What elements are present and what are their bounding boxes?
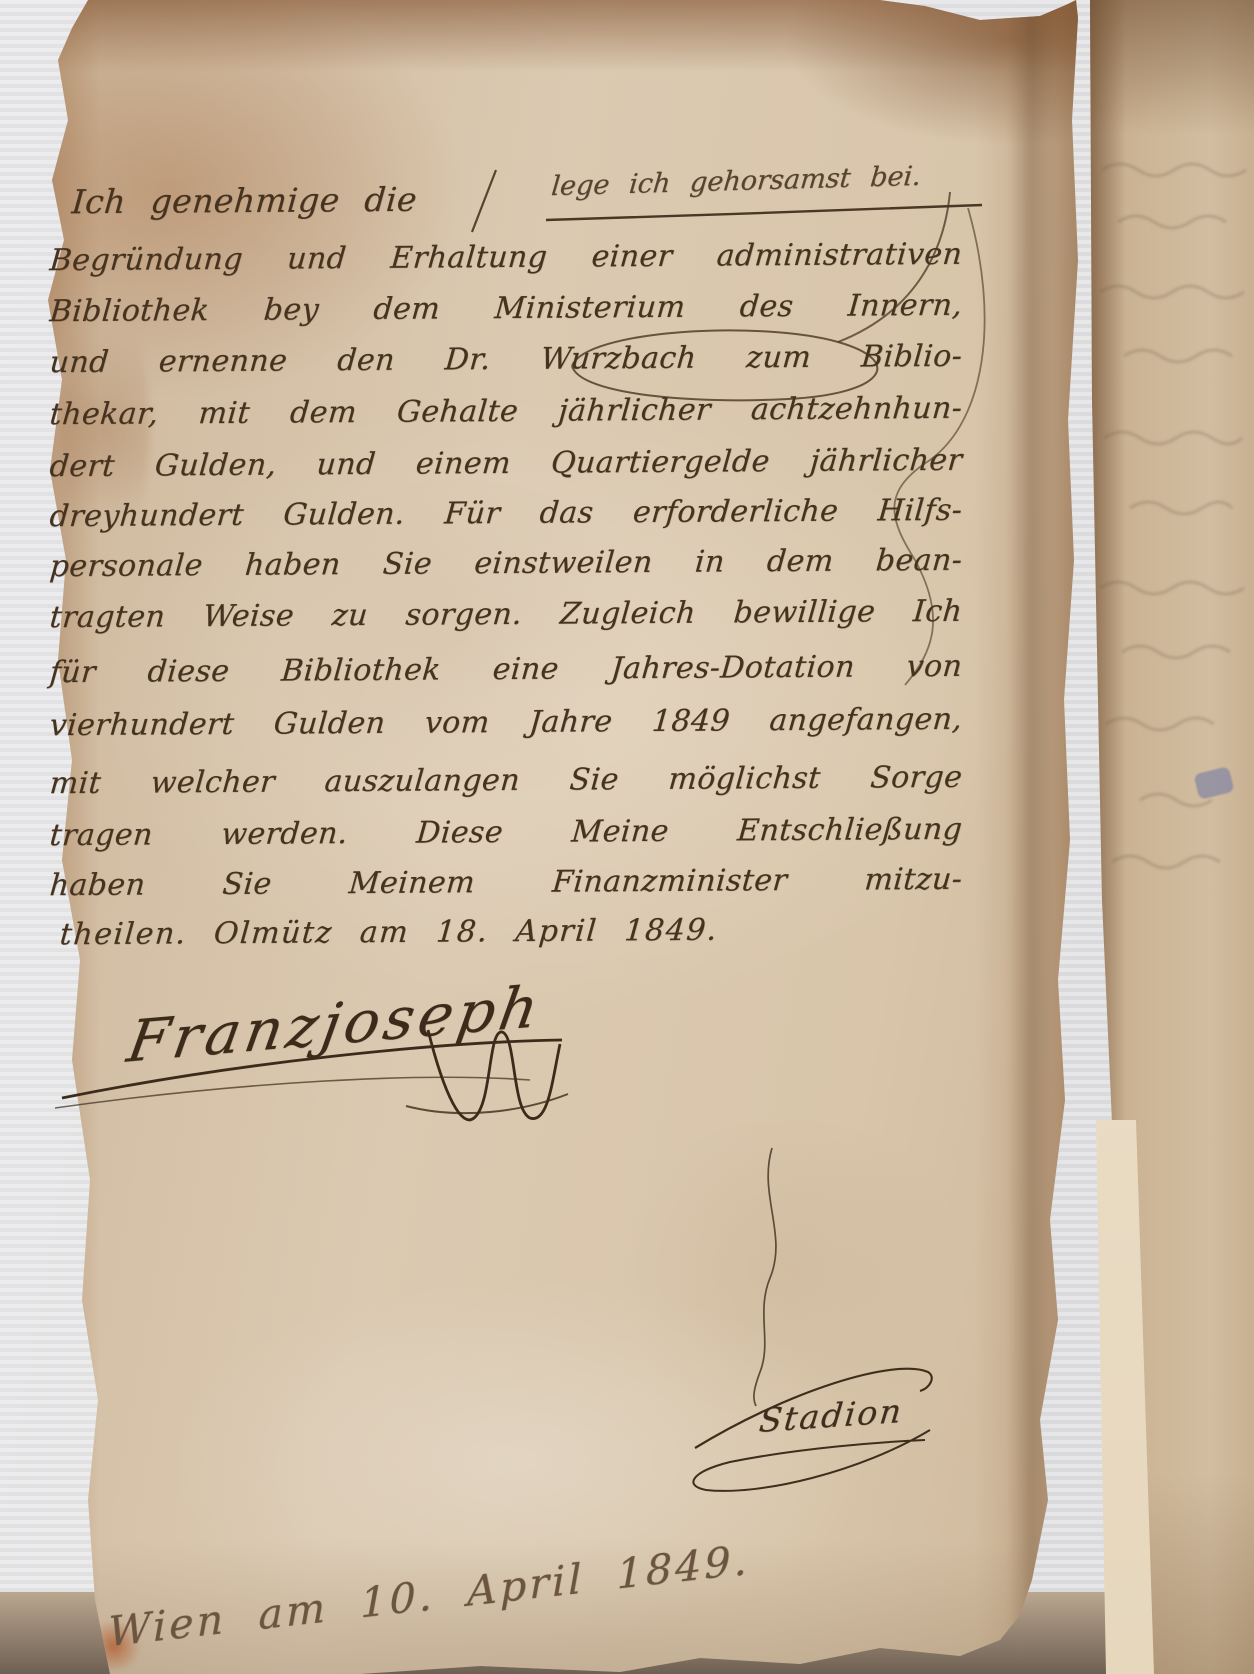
manuscript-line: Bibliothek bey dem Ministerium des Inner… bbox=[49, 291, 964, 327]
manuscript-line: dreyhundert Gulden. Für das erforderlich… bbox=[49, 496, 964, 532]
manuscript-line: tragten Weise zu sorgen. Zugleich bewill… bbox=[49, 597, 964, 633]
fold-crease bbox=[1008, 0, 1054, 1674]
manuscript-line: Begründung und Erhaltung einer administr… bbox=[49, 240, 964, 276]
manuscript-line: vierhundert Gulden vom Jahre 1849 angefa… bbox=[49, 705, 964, 741]
manuscript-line: haben Sie Meinem Finanzminister mitzu- bbox=[49, 865, 964, 901]
manuscript-photo: lege ich gehorsamst bei. Ich genehmige d… bbox=[0, 0, 1254, 1674]
manuscript-line: thekar, mit dem Gehalte jährlicher achtz… bbox=[49, 394, 964, 430]
stain bbox=[975, 0, 1080, 1674]
manuscript-line: Ich genehmige die bbox=[71, 183, 419, 218]
manuscript-line: theilen. Olmütz am 18. April 1849. bbox=[59, 916, 720, 951]
stain bbox=[600, 1120, 980, 1420]
manuscript-line: mit welcher auszulangen Sie möglichst So… bbox=[49, 763, 964, 799]
manuscript-line: für diese Bibliothek eine Jahres-Dotatio… bbox=[49, 652, 964, 688]
manuscript-line: dert Gulden, und einem Quartiergelde jäh… bbox=[49, 446, 964, 482]
manuscript-line: tragen werden. Diese Meine Entschließung bbox=[49, 815, 964, 851]
manuscript-line: personale haben Sie einstweilen in dem b… bbox=[49, 546, 964, 582]
manuscript-line: und ernenne den Dr. Wurzbach zum Biblio- bbox=[49, 342, 964, 378]
stain bbox=[48, 0, 1078, 72]
